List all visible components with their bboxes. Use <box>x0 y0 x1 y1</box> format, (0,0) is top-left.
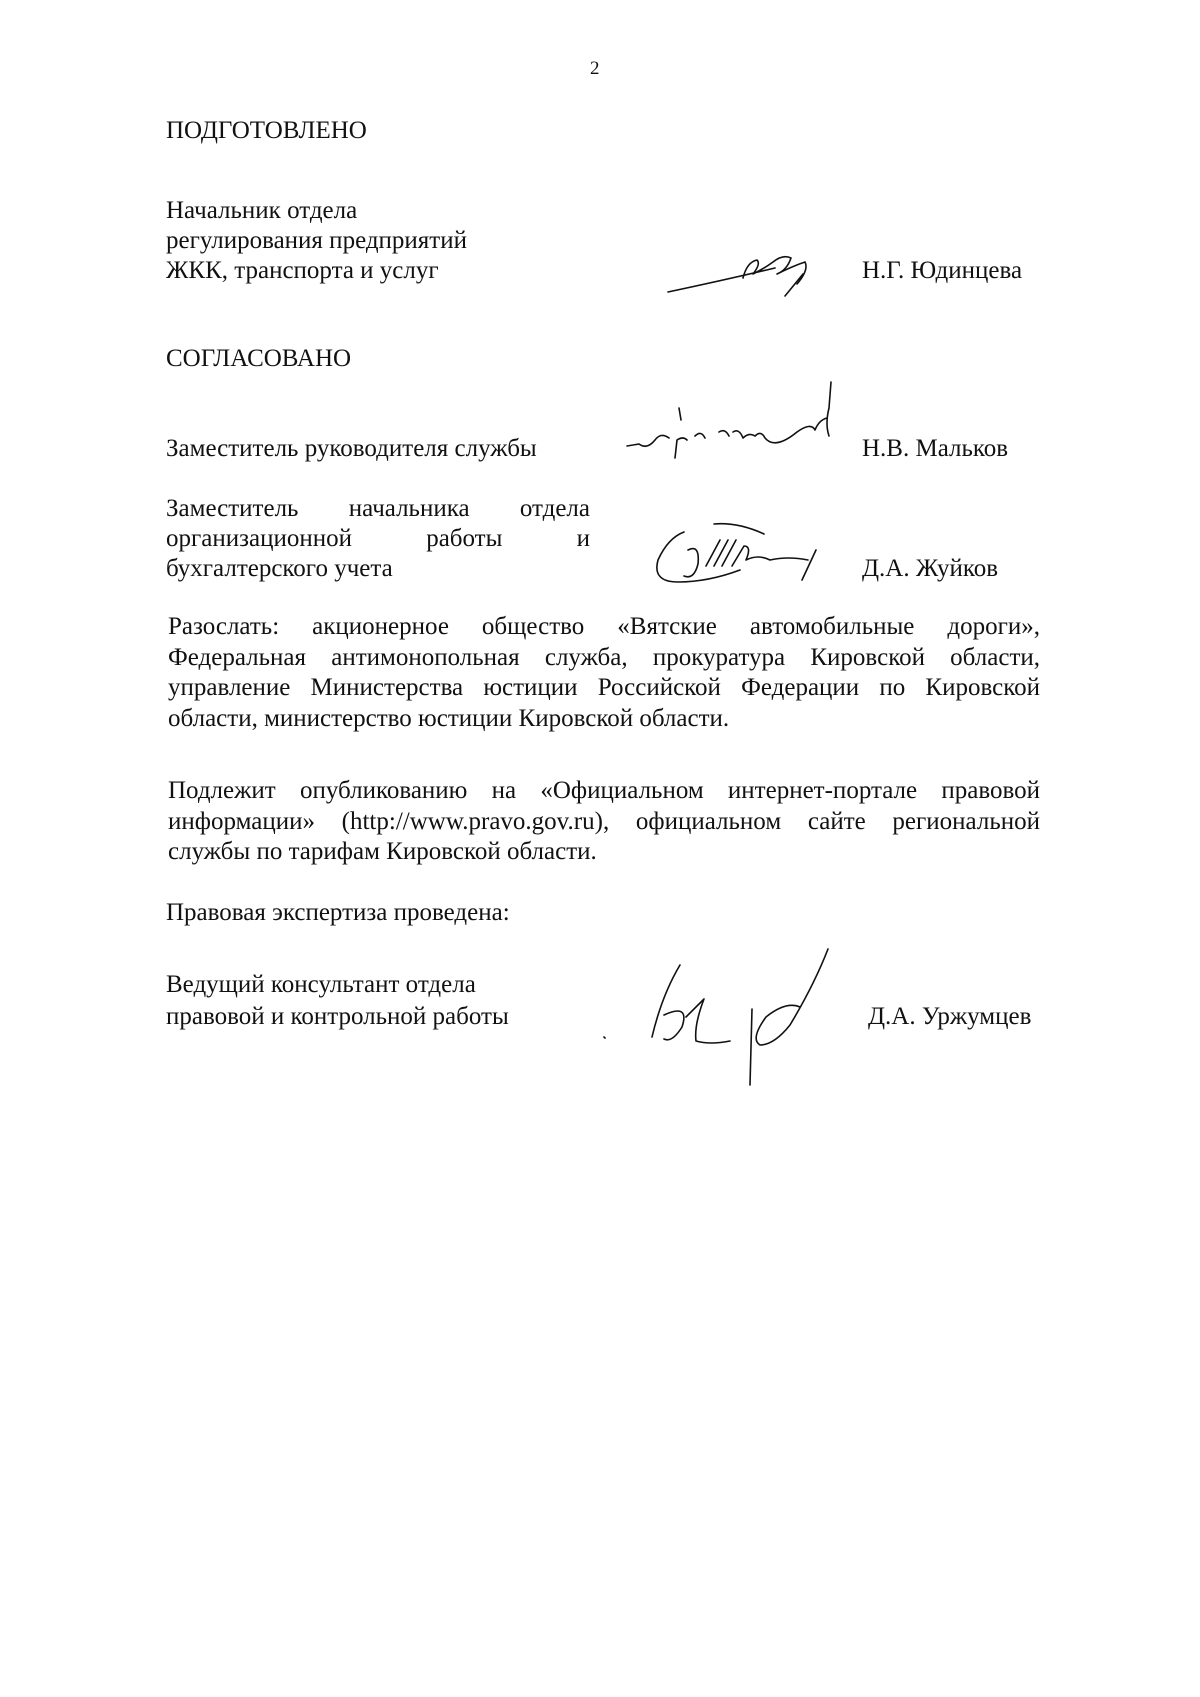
prepared-heading: ПОДГОТОВЛЕНО <box>166 116 367 146</box>
legal-review-name: Д.А. Уржумцев <box>868 1002 1031 1032</box>
page-number: 2 <box>590 58 600 80</box>
prepared-position-line-1: Начальник отдела <box>166 196 357 226</box>
signature-urzhumtsev <box>600 945 840 1100</box>
signature-yudintseva <box>665 240 825 305</box>
distribution-line: Федеральная антимонопольная служба, прок… <box>168 643 1040 674</box>
signer-1-name: Н.В. Мальков <box>862 434 1008 464</box>
signer-2-position-line-3: бухгалтерского учета <box>166 554 393 584</box>
signer-2-name: Д.А. Жуйков <box>862 554 998 584</box>
distribution-line: управление Министерства юстиции Российск… <box>168 673 1040 704</box>
signature-zhuikov <box>648 520 868 605</box>
distribution-paragraph: Разослать: акционерное общество «Вятские… <box>168 612 1040 734</box>
agreed-heading: СОГЛАСОВАНО <box>166 344 351 374</box>
signer-2-position-line-2: организационной работы и <box>166 524 590 554</box>
publication-paragraph: Подлежит опубликованию на «Официальном и… <box>168 776 1040 868</box>
prepared-name: Н.Г. Юдинцева <box>862 256 1022 286</box>
signer-1-position: Заместитель руководителя службы <box>166 434 537 464</box>
prepared-position-line-3: ЖКК, транспорта и услуг <box>166 256 439 286</box>
legal-review-heading: Правовая экспертиза проведена: <box>166 898 510 928</box>
distribution-line: области, министерство юстиции Кировской … <box>168 704 1040 735</box>
legal-review-position-line-1: Ведущий консультант отдела <box>166 970 476 1000</box>
publication-line: Подлежит опубликованию на «Официальном и… <box>168 776 1040 807</box>
signer-2-position-line-1: Заместитель начальника отдела <box>166 494 590 524</box>
publication-line: информации» (http://www.pravo.gov.ru), о… <box>168 807 1040 838</box>
publication-line: службы по тарифам Кировской области. <box>168 837 1040 868</box>
signature-malkov <box>625 380 845 475</box>
legal-review-position-line-2: правовой и контрольной работы <box>166 1002 509 1032</box>
prepared-position-line-2: регулирования предприятий <box>166 226 467 256</box>
distribution-line: Разослать: акционерное общество «Вятские… <box>168 612 1040 643</box>
